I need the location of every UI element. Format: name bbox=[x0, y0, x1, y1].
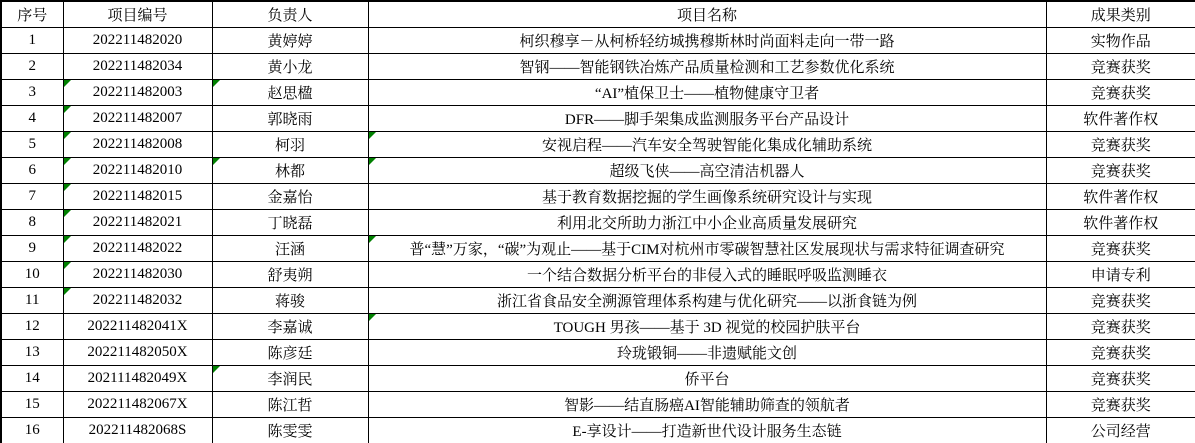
cell-category[interactable]: 竞赛获奖 bbox=[1046, 288, 1195, 314]
cell-text: 软件著作权 bbox=[1083, 112, 1158, 128]
cell-project-id[interactable]: 202211482021 bbox=[63, 210, 212, 236]
cell-serial-number[interactable]: 2 bbox=[1, 54, 63, 80]
cell-text: 202211482010 bbox=[93, 162, 182, 178]
cell-text: 16 bbox=[25, 422, 40, 438]
cell-project-id[interactable]: 202211482032 bbox=[63, 288, 212, 314]
cell-error-indicator-icon bbox=[213, 366, 220, 373]
cell-project-name[interactable]: 利用北交所助力浙江中小企业高质量发展研究 bbox=[368, 210, 1046, 236]
header-category: 成果类别 bbox=[1046, 1, 1195, 28]
cell-project-name[interactable]: 智钢——智能钢铁冶炼产品质量检测和工艺参数优化系统 bbox=[368, 54, 1046, 80]
cell-text: 202211482008 bbox=[93, 136, 182, 152]
cell-text: 竞赛获奖 bbox=[1091, 60, 1151, 76]
cell-project-name[interactable]: 普“慧”万家，“碳”为观止——基于CIM对杭州市零碳智慧社区发展现状与需求特征调… bbox=[368, 236, 1046, 262]
cell-serial-number[interactable]: 11 bbox=[1, 288, 63, 314]
cell-text: 黄小龙 bbox=[267, 60, 312, 76]
cell-text: TOUGH 男孩——基于 3D 视觉的校园护肤平台 bbox=[554, 320, 861, 336]
cell-project-name[interactable]: 超级飞侠——高空清洁机器人 bbox=[368, 158, 1046, 184]
cell-text: 竞赛获奖 bbox=[1091, 138, 1151, 154]
cell-error-indicator-icon bbox=[64, 288, 71, 295]
cell-serial-number[interactable]: 16 bbox=[1, 418, 63, 443]
cell-leader[interactable]: 黄小龙 bbox=[212, 54, 368, 80]
cell-text: 陈彦廷 bbox=[267, 346, 312, 362]
table-row: 12 202211482041X 李嘉诚 TOUGH 男孩——基于 3D 视觉的… bbox=[1, 314, 1195, 340]
cell-leader[interactable]: 李润民 bbox=[212, 366, 368, 392]
cell-error-indicator-icon bbox=[64, 210, 71, 217]
cell-text: 普“慧”万家，“碳”为观止——基于CIM对杭州市零碳智慧社区发展现状与需求特征调… bbox=[410, 242, 1005, 258]
cell-category[interactable]: 竞赛获奖 bbox=[1046, 340, 1195, 366]
cell-text: 利用北交所助力浙江中小企业高质量发展研究 bbox=[557, 216, 857, 232]
cell-text: 202211482067X bbox=[87, 396, 187, 412]
header-leader: 负责人 bbox=[212, 1, 368, 28]
cell-text: 汪涵 bbox=[275, 242, 305, 258]
cell-serial-number[interactable]: 15 bbox=[1, 392, 63, 418]
cell-category[interactable]: 竞赛获奖 bbox=[1046, 158, 1195, 184]
cell-leader[interactable]: 李嘉诚 bbox=[212, 314, 368, 340]
cell-text: 陈雯雯 bbox=[267, 424, 312, 440]
cell-text: 202211482020 bbox=[93, 32, 182, 48]
cell-error-indicator-icon bbox=[64, 262, 71, 269]
cell-text: 郭晓雨 bbox=[267, 112, 312, 128]
cell-text: 柯织穆享－从柯桥轻纺城携穆斯林时尚面料走向一带一路 bbox=[519, 34, 894, 50]
cell-text: 李润民 bbox=[267, 372, 312, 388]
cell-text: 竞赛获奖 bbox=[1091, 398, 1151, 414]
cell-text: 1 bbox=[29, 32, 37, 48]
cell-serial-number[interactable]: 7 bbox=[1, 184, 63, 210]
table-row: 11 202211482032 蒋骏 浙江省食品安全溯源管理体系构建与优化研究—… bbox=[1, 288, 1195, 314]
cell-text: 14 bbox=[25, 370, 40, 386]
table-row: 6 202211482010 林都 超级飞侠——高空清洁机器人 竞赛获奖 bbox=[1, 158, 1195, 184]
cell-error-indicator-icon bbox=[369, 314, 376, 321]
cell-text: 舒夷朔 bbox=[267, 268, 312, 284]
cell-leader[interactable]: 舒夷朔 bbox=[212, 262, 368, 288]
cell-serial-number[interactable]: 3 bbox=[1, 80, 63, 106]
cell-text: 竞赛获奖 bbox=[1091, 242, 1151, 258]
cell-project-id[interactable]: 202211482067X bbox=[63, 392, 212, 418]
header-row: 序号 项目编号 负责人 项目名称 成果类别 bbox=[1, 1, 1195, 28]
cell-text: 侨平台 bbox=[684, 372, 729, 388]
cell-error-indicator-icon bbox=[64, 106, 71, 113]
table-row: 7 202211482015 金嘉怡 基于教育数据挖掘的学生画像系统研究设计与实… bbox=[1, 184, 1195, 210]
cell-text: 竞赛获奖 bbox=[1091, 320, 1151, 336]
cell-serial-number[interactable]: 5 bbox=[1, 132, 63, 158]
cell-text: 202211482030 bbox=[93, 266, 182, 282]
cell-project-id[interactable]: 202211482003 bbox=[63, 80, 212, 106]
cell-text: 202211482015 bbox=[93, 188, 182, 204]
cell-category[interactable]: 软件著作权 bbox=[1046, 210, 1195, 236]
cell-error-indicator-icon bbox=[64, 80, 71, 87]
cell-text: 2 bbox=[29, 58, 37, 74]
header-serial-number: 序号 bbox=[1, 1, 63, 28]
cell-text: 11 bbox=[25, 292, 39, 308]
cell-text: 玲珑锻铜——非遗赋能文创 bbox=[617, 346, 797, 362]
cell-text: 一个结合数据分析平台的非侵入式的睡眠呼吸监测睡衣 bbox=[527, 268, 887, 284]
cell-text: 5 bbox=[29, 136, 37, 152]
table-row: 2 202211482034 黄小龙 智钢——智能钢铁冶炼产品质量检测和工艺参数… bbox=[1, 54, 1195, 80]
cell-error-indicator-icon bbox=[64, 184, 71, 191]
cell-text: 10 bbox=[25, 266, 40, 282]
cell-text: 6 bbox=[29, 162, 37, 178]
table-row: 13 202211482050X 陈彦廷 玲珑锻铜——非遗赋能文创 竞赛获奖 bbox=[1, 340, 1195, 366]
cell-text: 申请专利 bbox=[1091, 268, 1151, 284]
cell-text: 金嘉怡 bbox=[267, 190, 312, 206]
cell-text: 黄婷婷 bbox=[267, 34, 312, 50]
cell-project-name[interactable]: 玲珑锻铜——非遗赋能文创 bbox=[368, 340, 1046, 366]
cell-text: 202211482041X bbox=[87, 318, 187, 334]
cell-text: 李嘉诚 bbox=[267, 320, 312, 336]
cell-project-name[interactable]: 智影——结直肠癌AI智能辅助筛查的领航者 bbox=[368, 392, 1046, 418]
cell-text: 15 bbox=[25, 396, 40, 412]
cell-text: 浙江省食品安全溯源管理体系构建与优化研究——以浙食链为例 bbox=[497, 294, 917, 310]
cell-project-id[interactable]: 202211482008 bbox=[63, 132, 212, 158]
cell-project-id[interactable]: 202211482020 bbox=[63, 28, 212, 54]
cell-text: 丁晓磊 bbox=[267, 216, 312, 232]
cell-serial-number[interactable]: 9 bbox=[1, 236, 63, 262]
cell-text: 202211482007 bbox=[93, 110, 182, 126]
cell-error-indicator-icon bbox=[369, 236, 376, 243]
cell-text: 智影——结直肠癌AI智能辅助筛查的领航者 bbox=[564, 398, 850, 414]
cell-error-indicator-icon bbox=[369, 158, 376, 165]
cell-project-name[interactable]: 安视启程——汽车安全驾驶智能化集成化辅助系统 bbox=[368, 132, 1046, 158]
cell-text: 8 bbox=[29, 214, 37, 230]
table-row: 8 202211482021 丁晓磊 利用北交所助力浙江中小企业高质量发展研究 … bbox=[1, 210, 1195, 236]
cell-leader[interactable]: 郭晓雨 bbox=[212, 106, 368, 132]
cell-leader[interactable]: 柯羽 bbox=[212, 132, 368, 158]
cell-text: 9 bbox=[29, 240, 37, 256]
cell-error-indicator-icon bbox=[64, 158, 71, 165]
cell-text: 软件著作权 bbox=[1083, 216, 1158, 232]
table-row: 16 202211482068S 陈雯雯 E-享设计——打造新世代设计服务生态链… bbox=[1, 418, 1195, 443]
cell-text: 软件著作权 bbox=[1083, 190, 1158, 206]
cell-text: 竞赛获奖 bbox=[1091, 372, 1151, 388]
table-row: 5 202211482008 柯羽 安视启程——汽车安全驾驶智能化集成化辅助系统… bbox=[1, 132, 1195, 158]
cell-leader[interactable]: 陈雯雯 bbox=[212, 418, 368, 443]
cell-leader[interactable]: 林都 bbox=[212, 158, 368, 184]
cell-category[interactable]: 公司经营 bbox=[1046, 418, 1195, 443]
cell-text: 公司经营 bbox=[1091, 424, 1151, 440]
cell-project-id[interactable]: 202111482049X bbox=[63, 366, 212, 392]
cell-project-id[interactable]: 202211482007 bbox=[63, 106, 212, 132]
cell-text: 赵思楹 bbox=[267, 86, 312, 102]
cell-category[interactable]: 竞赛获奖 bbox=[1046, 80, 1195, 106]
cell-text: 安视启程——汽车安全驾驶智能化集成化辅助系统 bbox=[542, 138, 872, 154]
table-row: 15 202211482067X 陈江哲 智影——结直肠癌AI智能辅助筛查的领航… bbox=[1, 392, 1195, 418]
cell-project-id[interactable]: 202211482015 bbox=[63, 184, 212, 210]
cell-serial-number[interactable]: 13 bbox=[1, 340, 63, 366]
cell-text: 202211482032 bbox=[93, 292, 182, 308]
cell-project-id[interactable]: 202211482034 bbox=[63, 54, 212, 80]
cell-text: E-享设计——打造新世代设计服务生态链 bbox=[572, 424, 841, 440]
table-row: 4 202211482007 郭晓雨 DFR——脚手架集成监测服务平台产品设计 … bbox=[1, 106, 1195, 132]
cell-text: 202211482022 bbox=[93, 240, 182, 256]
cell-serial-number[interactable]: 8 bbox=[1, 210, 63, 236]
cell-category[interactable]: 竞赛获奖 bbox=[1046, 236, 1195, 262]
cell-text: 林都 bbox=[275, 164, 305, 180]
cell-project-id[interactable]: 202211482030 bbox=[63, 262, 212, 288]
cell-text: 智钢——智能钢铁冶炼产品质量检测和工艺参数优化系统 bbox=[519, 60, 894, 76]
cell-project-name[interactable]: 基于教育数据挖掘的学生画像系统研究设计与实现 bbox=[368, 184, 1046, 210]
header-project-id: 项目编号 bbox=[63, 1, 212, 28]
cell-serial-number[interactable]: 6 bbox=[1, 158, 63, 184]
cell-text: 超级飞侠——高空清洁机器人 bbox=[609, 164, 804, 180]
cell-text: 竞赛获奖 bbox=[1091, 346, 1151, 362]
cell-category[interactable]: 竞赛获奖 bbox=[1046, 392, 1195, 418]
table-row: 9 202211482022 汪涵 普“慧”万家，“碳”为观止——基于CIM对杭… bbox=[1, 236, 1195, 262]
cell-text: 竞赛获奖 bbox=[1091, 294, 1151, 310]
cell-text: 实物作品 bbox=[1091, 34, 1151, 50]
cell-category[interactable]: 实物作品 bbox=[1046, 28, 1195, 54]
cell-serial-number[interactable]: 1 bbox=[1, 28, 63, 54]
cell-category[interactable]: 竞赛获奖 bbox=[1046, 54, 1195, 80]
cell-project-name[interactable]: 侨平台 bbox=[368, 366, 1046, 392]
cell-text: 陈江哲 bbox=[267, 398, 312, 414]
cell-text: 基于教育数据挖掘的学生画像系统研究设计与实现 bbox=[542, 190, 872, 206]
cell-project-name[interactable]: DFR——脚手架集成监测服务平台产品设计 bbox=[368, 106, 1046, 132]
cell-project-id[interactable]: 202211482041X bbox=[63, 314, 212, 340]
cell-project-name[interactable]: TOUGH 男孩——基于 3D 视觉的校园护肤平台 bbox=[368, 314, 1046, 340]
cell-text: 7 bbox=[29, 188, 37, 204]
cell-leader[interactable]: 黄婷婷 bbox=[212, 28, 368, 54]
cell-error-indicator-icon bbox=[369, 132, 376, 139]
cell-text: DFR——脚手架集成监测服务平台产品设计 bbox=[565, 112, 849, 128]
cell-project-name[interactable]: “AI”植保卫士——植物健康守卫者 bbox=[368, 80, 1046, 106]
cell-text: 竞赛获奖 bbox=[1091, 86, 1151, 102]
cell-project-id[interactable]: 202211482022 bbox=[63, 236, 212, 262]
cell-leader[interactable]: 金嘉怡 bbox=[212, 184, 368, 210]
table-row: 1 202211482020 黄婷婷 柯织穆享－从柯桥轻纺城携穆斯林时尚面料走向… bbox=[1, 28, 1195, 54]
cell-serial-number[interactable]: 14 bbox=[1, 366, 63, 392]
cell-text: 4 bbox=[29, 110, 37, 126]
cell-text: 202211482003 bbox=[93, 84, 182, 100]
cell-category[interactable]: 申请专利 bbox=[1046, 262, 1195, 288]
cell-text: 12 bbox=[25, 318, 40, 334]
cell-text: 柯羽 bbox=[275, 138, 305, 154]
cell-error-indicator-icon bbox=[64, 132, 71, 139]
cell-category[interactable]: 竞赛获奖 bbox=[1046, 314, 1195, 340]
cell-project-id[interactable]: 202211482010 bbox=[63, 158, 212, 184]
cell-leader[interactable]: 赵思楹 bbox=[212, 80, 368, 106]
cell-error-indicator-icon bbox=[64, 236, 71, 243]
cell-serial-number[interactable]: 10 bbox=[1, 262, 63, 288]
header-project-name: 项目名称 bbox=[368, 1, 1046, 28]
cell-leader[interactable]: 汪涵 bbox=[212, 236, 368, 262]
cell-leader[interactable]: 蒋骏 bbox=[212, 288, 368, 314]
cell-serial-number[interactable]: 12 bbox=[1, 314, 63, 340]
cell-project-id[interactable]: 202211482050X bbox=[63, 340, 212, 366]
cell-project-name[interactable]: 一个结合数据分析平台的非侵入式的睡眠呼吸监测睡衣 bbox=[368, 262, 1046, 288]
cell-text: “AI”植保卫士——植物健康守卫者 bbox=[595, 86, 819, 102]
cell-category[interactable]: 软件著作权 bbox=[1046, 184, 1195, 210]
cell-text: 202211482068S bbox=[89, 422, 187, 438]
cell-text: 202211482050X bbox=[87, 344, 187, 360]
table-row: 14 202111482049X 李润民 侨平台 竞赛获奖 bbox=[1, 366, 1195, 392]
table-row: 3 202211482003 赵思楹 “AI”植保卫士——植物健康守卫者 竞赛获… bbox=[1, 80, 1195, 106]
cell-text: 202211482021 bbox=[93, 214, 182, 230]
cell-project-id[interactable]: 202211482068S bbox=[63, 418, 212, 443]
cell-text: 竞赛获奖 bbox=[1091, 164, 1151, 180]
cell-serial-number[interactable]: 4 bbox=[1, 106, 63, 132]
cell-text: 202111482049X bbox=[88, 370, 188, 386]
cell-leader[interactable]: 陈彦廷 bbox=[212, 340, 368, 366]
cell-category[interactable]: 软件著作权 bbox=[1046, 106, 1195, 132]
projects-table: 序号 项目编号 负责人 项目名称 成果类别 1 202211482020 黄婷婷… bbox=[0, 0, 1195, 443]
cell-text: 蒋骏 bbox=[275, 294, 305, 310]
cell-category[interactable]: 竞赛获奖 bbox=[1046, 366, 1195, 392]
cell-text: 202211482034 bbox=[93, 58, 182, 74]
cell-project-name[interactable]: 浙江省食品安全溯源管理体系构建与优化研究——以浙食链为例 bbox=[368, 288, 1046, 314]
cell-project-name[interactable]: 柯织穆享－从柯桥轻纺城携穆斯林时尚面料走向一带一路 bbox=[368, 28, 1046, 54]
cell-error-indicator-icon bbox=[213, 158, 220, 165]
cell-text: 13 bbox=[25, 344, 40, 360]
cell-category[interactable]: 竞赛获奖 bbox=[1046, 132, 1195, 158]
table-row: 10 202211482030 舒夷朔 一个结合数据分析平台的非侵入式的睡眠呼吸… bbox=[1, 262, 1195, 288]
cell-leader[interactable]: 陈江哲 bbox=[212, 392, 368, 418]
cell-project-name[interactable]: E-享设计——打造新世代设计服务生态链 bbox=[368, 418, 1046, 443]
cell-error-indicator-icon bbox=[213, 80, 220, 87]
cell-text: 3 bbox=[29, 84, 37, 100]
cell-leader[interactable]: 丁晓磊 bbox=[212, 210, 368, 236]
